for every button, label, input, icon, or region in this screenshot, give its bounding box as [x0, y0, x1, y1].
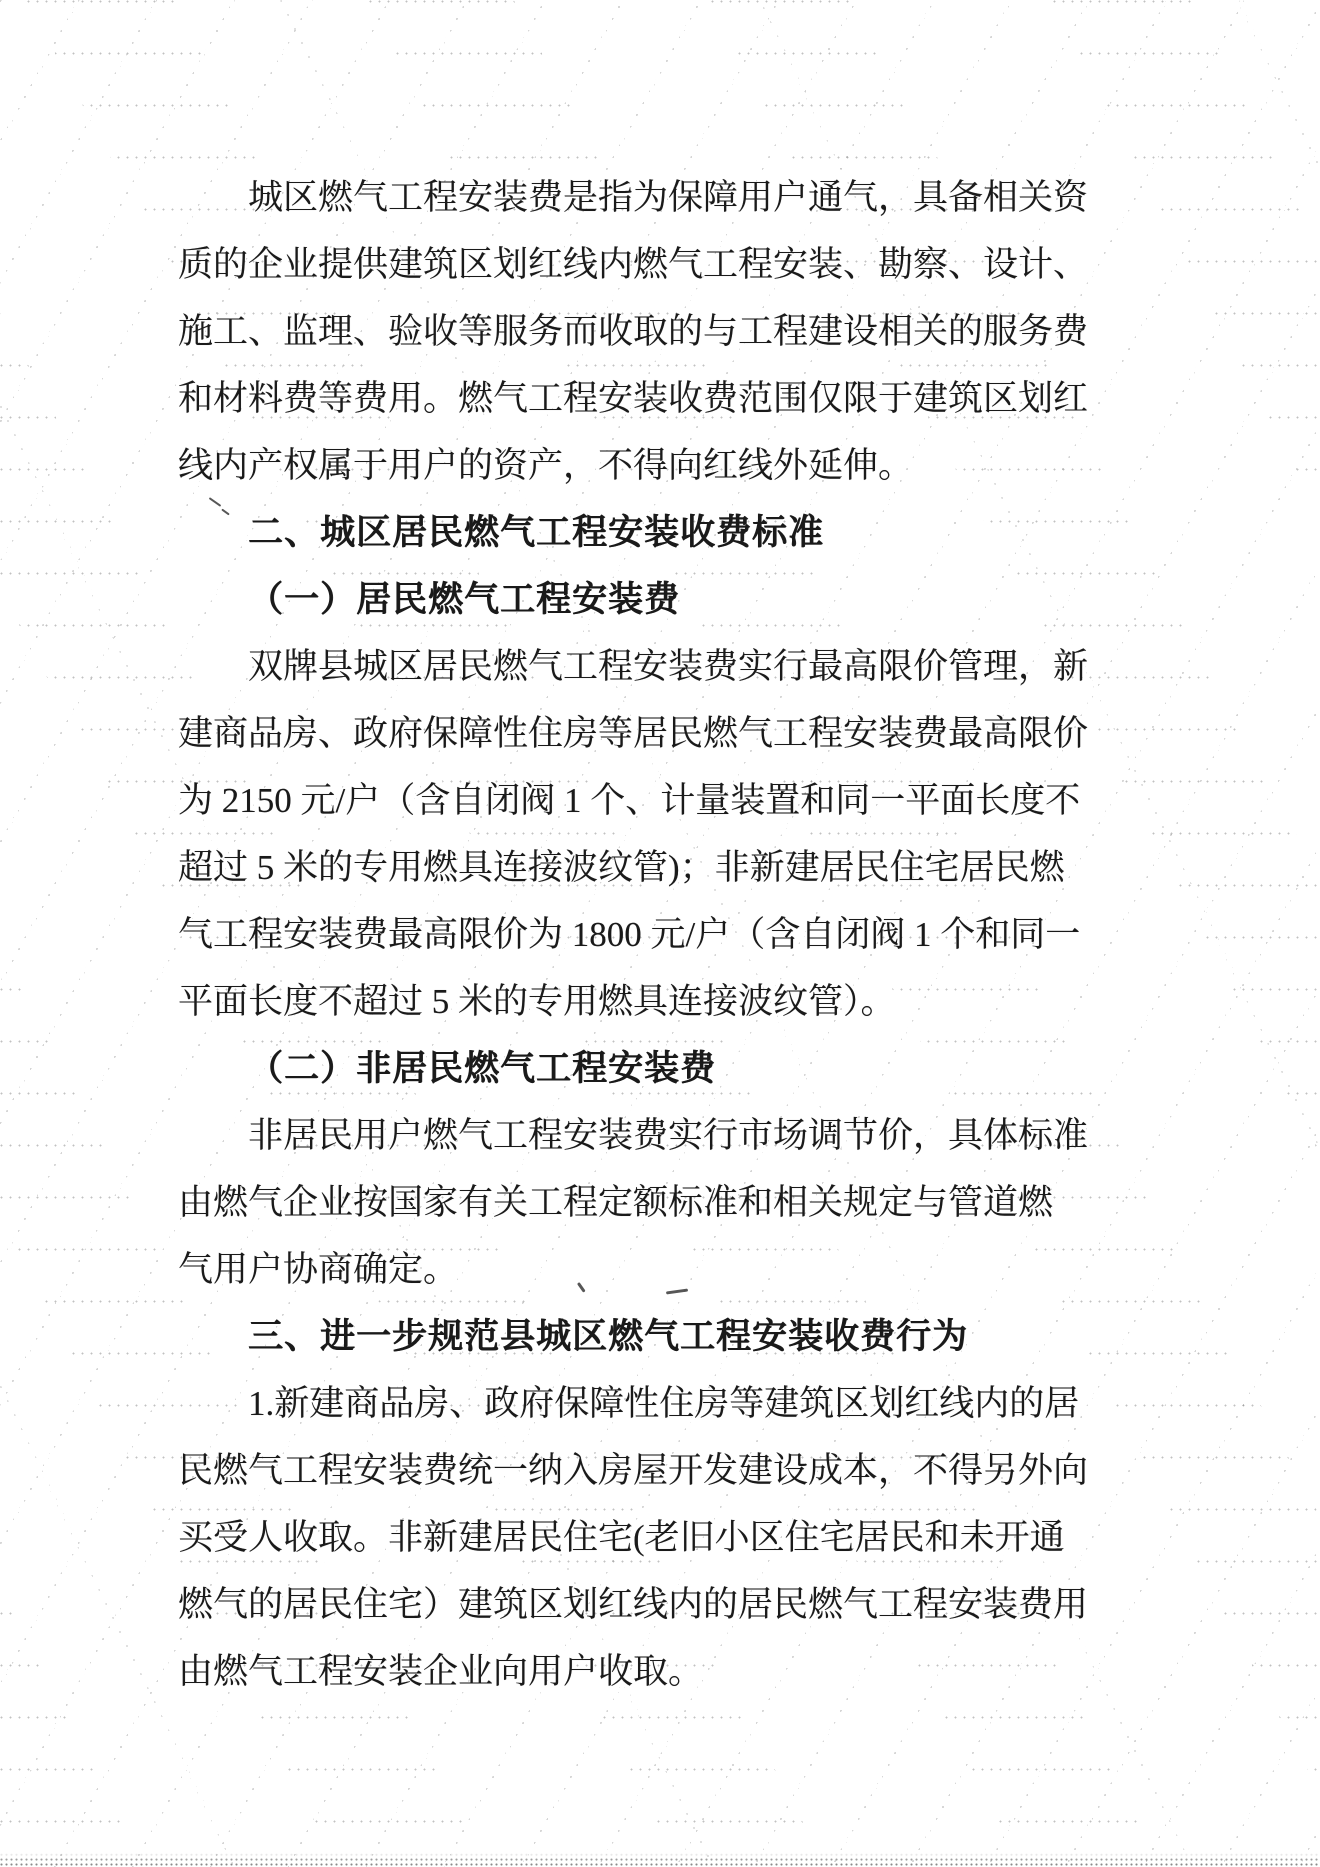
text-line: 气工程安装费最高限价为 1800 元/户（含自闭阀 1 个和同一 [178, 901, 1073, 968]
text-line: 为 2150 元/户（含自闭阀 1 个、计量装置和同一平面长度不 [178, 767, 1073, 834]
text-block: 城区燃气工程安装费是指为保障用户通气，具备相关资质的企业提供建筑区划红线内燃气工… [178, 164, 1073, 1705]
text-line: 燃气的居民住宅）建筑区划红线内的居民燃气工程安装费用 [178, 1571, 1073, 1638]
text-line: 买受人收取。非新建居民住宅(老旧小区住宅居民和未开通 [178, 1504, 1073, 1571]
scanned-document-page: 城区燃气工程安装费是指为保障用户通气，具备相关资质的企业提供建筑区划红线内燃气工… [0, 0, 1320, 1867]
text-line: 超过 5 米的专用燃具连接波纹管)；非新建居民住宅居民燃 [178, 834, 1073, 901]
text-line: 建商品房、政府保障性住房等居民燃气工程安装费最高限价 [178, 700, 1073, 767]
text-line: 双牌县城区居民燃气工程安装费实行最高限价管理，新 [178, 633, 1073, 700]
text-line: 由燃气工程安装企业向用户收取。 [178, 1638, 1073, 1705]
scan-texture-bottom-edge [0, 1853, 1320, 1867]
text-line: 平面长度不超过 5 米的专用燃具连接波纹管）。 [178, 968, 1073, 1035]
text-line: 线内产权属于用户的资产，不得向红线外延伸。 [178, 432, 1073, 499]
heading-line: （一）居民燃气工程安装费 [178, 566, 1073, 633]
text-line: 施工、监理、验收等服务而收取的与工程建设相关的服务费 [178, 298, 1073, 365]
text-line: 质的企业提供建筑区划红线内燃气工程安装、勘察、设计、 [178, 231, 1073, 298]
text-line: 气用户协商确定。 [178, 1236, 1073, 1303]
heading-line: （二）非居民燃气工程安装费 [178, 1035, 1073, 1102]
text-line: 城区燃气工程安装费是指为保障用户通气，具备相关资 [178, 164, 1073, 231]
text-line: 非居民用户燃气工程安装费实行市场调节价，具体标准 [178, 1102, 1073, 1169]
text-line: 1.新建商品房、政府保障性住房等建筑区划红线内的居 [178, 1370, 1073, 1437]
text-line: 和材料费等费用。燃气工程安装收费范围仅限于建筑区划红 [178, 365, 1073, 432]
heading-line: 三、进一步规范县城区燃气工程安装收费行为 [178, 1303, 1073, 1370]
text-line: 民燃气工程安装费统一纳入房屋开发建设成本，不得另外向 [178, 1437, 1073, 1504]
text-line: 由燃气企业按国家有关工程定额标准和相关规定与管道燃 [178, 1169, 1073, 1236]
heading-line: 二、城区居民燃气工程安装收费标准 [178, 499, 1073, 566]
